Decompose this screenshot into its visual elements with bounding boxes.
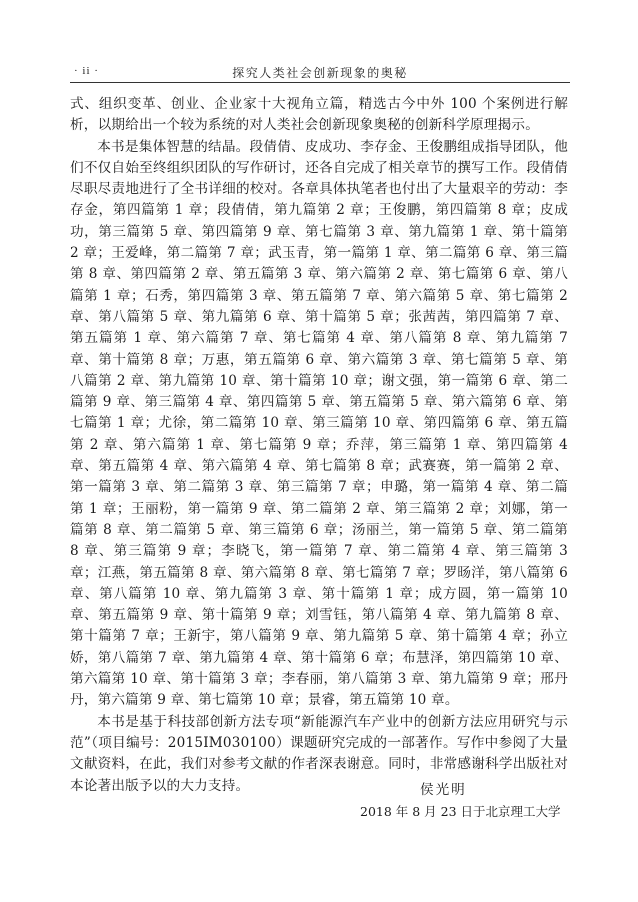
book-page: · ii · 探究人类社会创新现象的奥秘 式、组织变革、创业、企业家十大视角立篇… [0,0,638,902]
preface-body: 式、组织变革、创业、企业家十大视角立篇，精选古今中外 100 个案例进行解析，以… [70,94,568,797]
paragraph-continuation: 式、组织变革、创业、企业家十大视角立篇，精选古今中外 100 个案例进行解析，以… [70,94,568,137]
running-header: · ii · 探究人类社会创新现象的奥秘 [70,63,570,83]
author-signature: 侯光明 [420,778,467,798]
running-title: 探究人类社会创新现象的奥秘 [70,64,570,81]
signature-date: 2018 年 8 月 23 日于北京理工大学 [360,802,561,820]
paragraph-acknowledgement: 本书是基于科技部创新方法专项“新能源汽车产业中的创新方法应用研究与示范”（项目编… [70,712,568,797]
paragraph-contributors: 本书是集体智慧的结晶。段倩倩、皮成功、李存金、王俊鹏组成指导团队，他们不仅自始至… [70,137,568,712]
